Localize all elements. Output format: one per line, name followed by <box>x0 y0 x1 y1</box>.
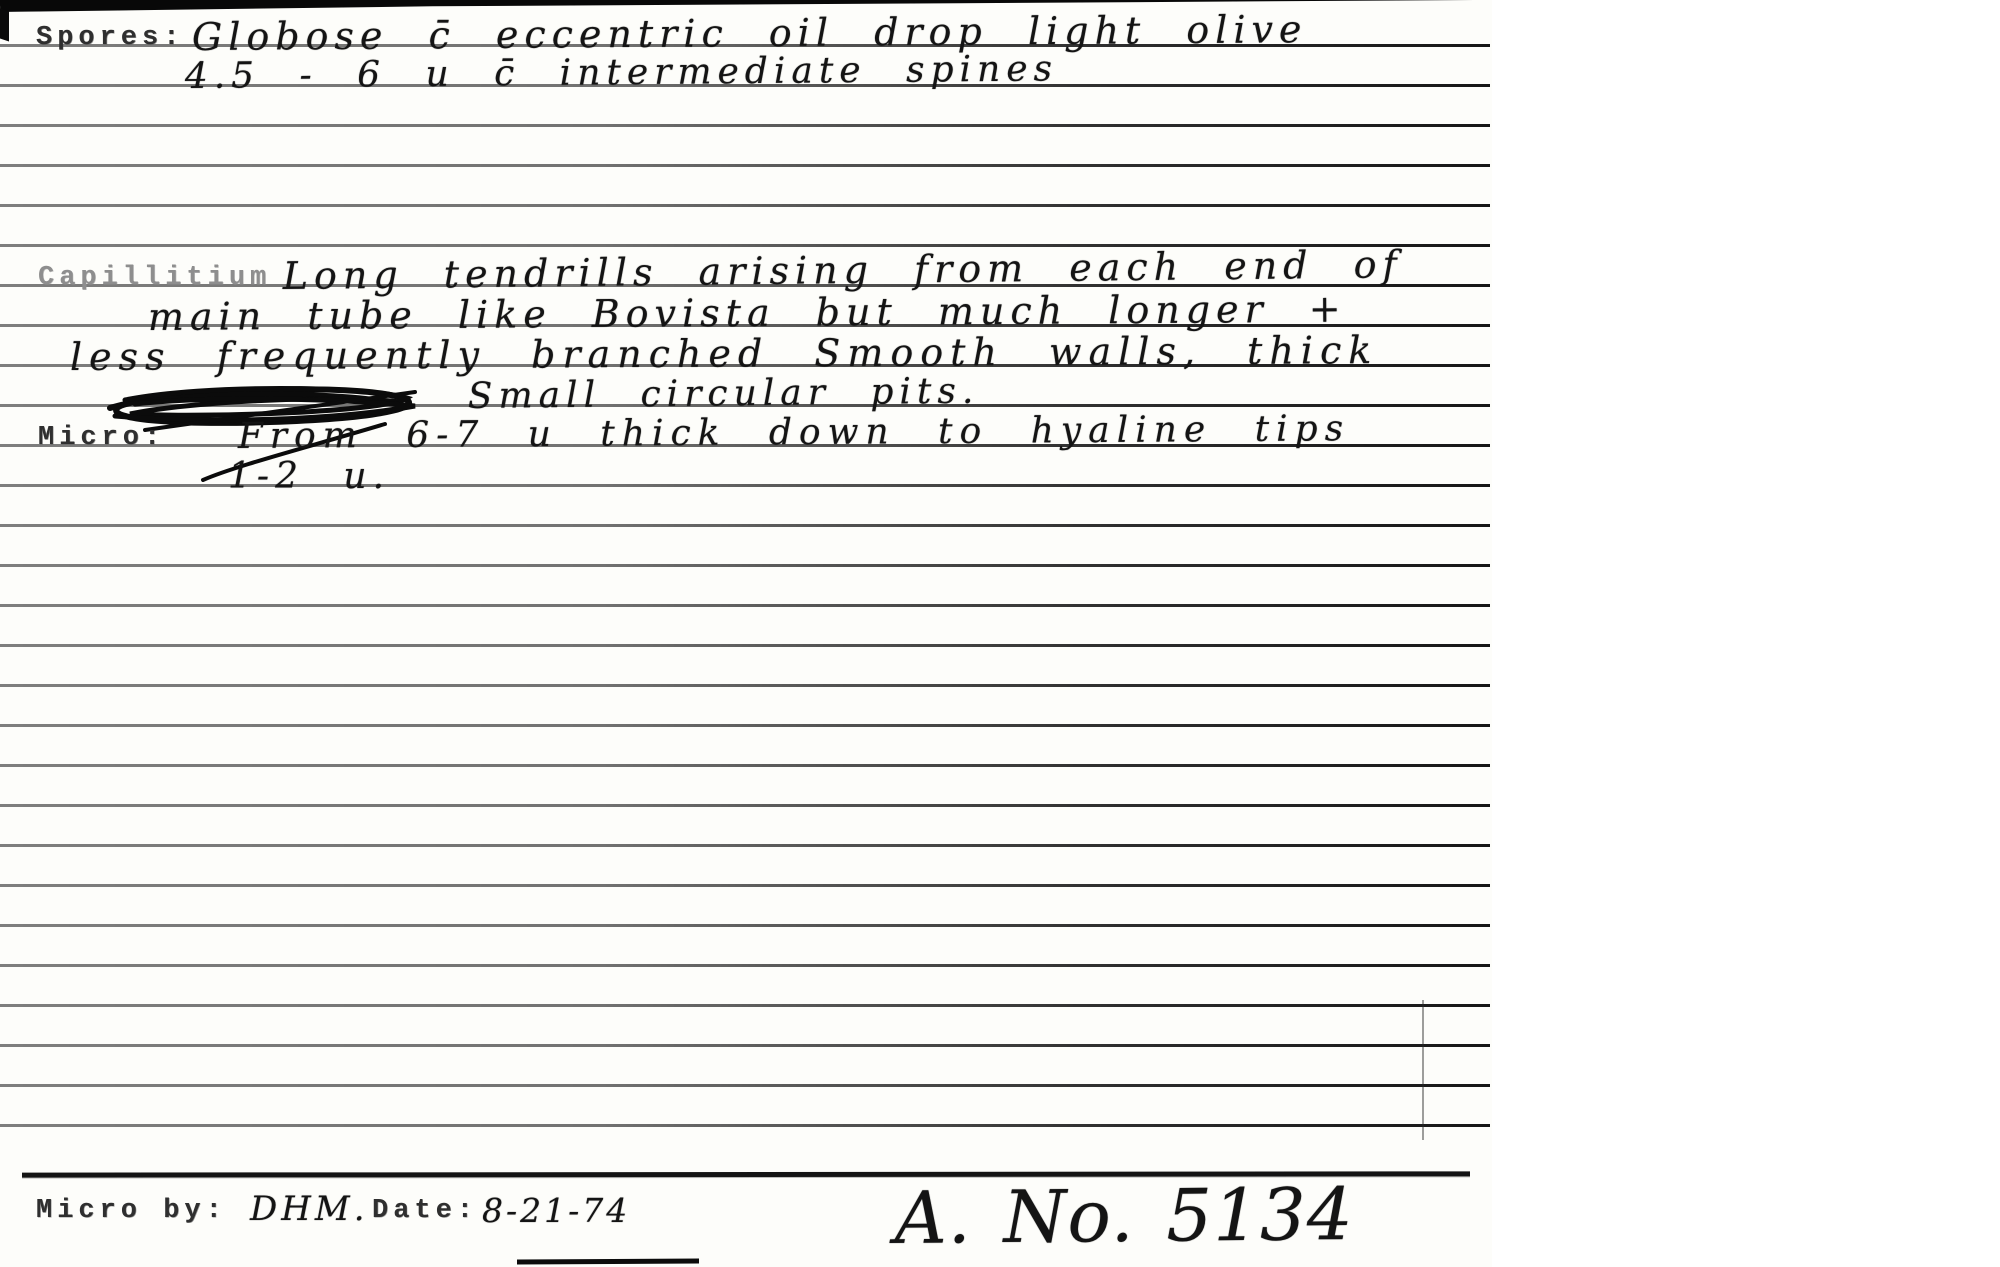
micro-by-value: DHM. <box>250 1192 369 1226</box>
spores-label: Spores: <box>36 25 184 52</box>
ruled-lines <box>0 7 1490 1139</box>
scanned-index-card: Spores: Globose c̄ eccentric oil drop li… <box>0 0 2000 1267</box>
spores-handwritten-line1: Globose c̄ eccentric oil drop light oliv… <box>192 10 1308 56</box>
micro-by-label: Micro by: <box>36 1198 227 1225</box>
date-value: 8-21-74 <box>482 1194 630 1227</box>
micro-handwritten-line1: From 6-7 u thick down to hyaline tips <box>238 411 1350 455</box>
scan-hairline-artifact <box>1422 1000 1424 1140</box>
capillitium-handwritten-line4: Small circular pits. <box>468 374 980 415</box>
scan-edge-bottom-artifact <box>517 1259 699 1265</box>
micro-handwritten-line2: 1-2 u. <box>228 459 390 495</box>
micro-label: Micro: <box>38 425 165 452</box>
scan-edge-left-artifact <box>0 9 9 42</box>
capillitium-handwritten-line3: less frequently branched Smooth walls, t… <box>70 331 1379 376</box>
accession-number: A. No. 5134 <box>894 1178 1353 1254</box>
capillitium-label: Capillitium <box>38 265 271 292</box>
date-label: Date: <box>372 1198 478 1225</box>
spores-handwritten-line2: 4.5 - 6 u c̄ intermediate spines <box>185 51 1059 95</box>
card-lined-area <box>0 0 1492 1267</box>
